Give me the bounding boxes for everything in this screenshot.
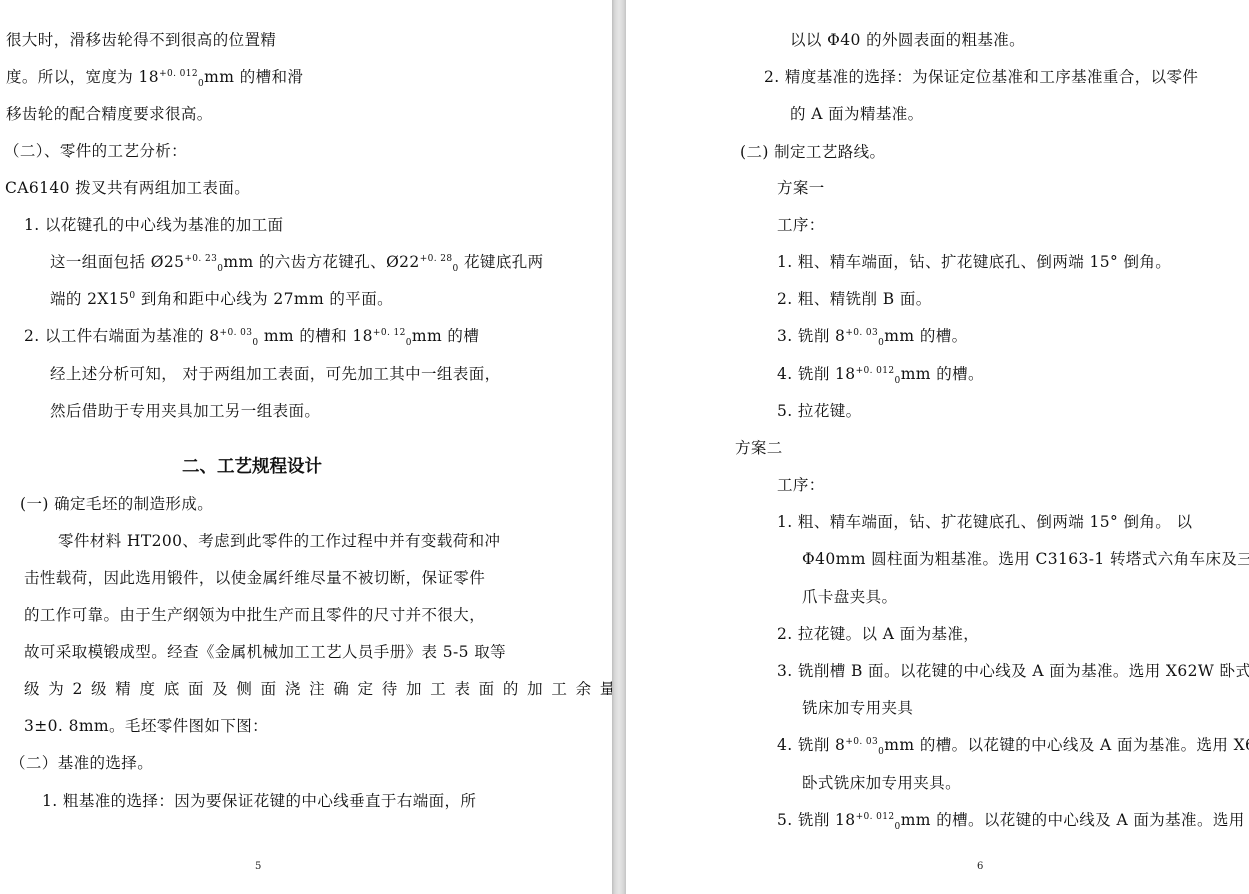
list-item: 3. 铣削 8+0. 030mm 的槽。 bbox=[777, 326, 968, 346]
process-label: 工序： bbox=[777, 475, 825, 495]
section-subheading: (一) 确定毛坯的制造形成。 bbox=[20, 494, 213, 514]
paragraph-line: 度。所以，宽度为 18+0. 0120mm 的槽和滑 bbox=[6, 67, 303, 87]
list-item: 1. 粗、精车端面，钻、扩花键底孔、倒两端 15° 倒角。 以 bbox=[777, 512, 1192, 532]
scheme-label: 方案二 bbox=[735, 438, 783, 458]
paragraph-line: 爪卡盘夹具。 bbox=[802, 587, 897, 607]
paragraph-line: 这一组面包括 Ø25+0. 230mm 的六齿方花键孔、Ø22+0. 280 花… bbox=[50, 252, 544, 272]
paragraph-line: 的工作可靠。由于生产纲领为中批生产而且零件的尺寸并不很大， bbox=[24, 605, 485, 625]
list-item: 2. 粗、精铣削 B 面。 bbox=[777, 289, 932, 309]
paragraph-line: 卧式铣床加专用夹具。 bbox=[802, 773, 961, 793]
paragraph-line: 移齿轮的配合精度要求很高。 bbox=[6, 104, 213, 124]
list-item: 4. 铣削 18+0. 0120mm 的槽。 bbox=[777, 364, 984, 384]
paragraph-line: 然后借助于专用夹具加工另一组表面。 bbox=[50, 401, 320, 421]
list-item: 2. 拉花键。以 A 面为基准， bbox=[777, 624, 979, 644]
paragraph-line: CA6140 拨叉共有两组加工表面。 bbox=[5, 178, 250, 198]
paragraph-line: Φ40mm 圆柱面为粗基准。选用 C3163-1 转塔式六角车床及三 bbox=[802, 549, 1249, 569]
page-number: 6 bbox=[977, 861, 983, 873]
section-subheading: （二）、零件的工艺分析： bbox=[4, 141, 187, 161]
paragraph-line: 经上述分析可知， 对于两组加工表面，可先加工其中一组表面， bbox=[50, 364, 501, 384]
scheme-label: 方案一 bbox=[777, 178, 825, 198]
list-item: 2. 精度基准的选择：为保证定位基准和工序基准重合，以零件 bbox=[764, 67, 1198, 87]
paragraph-line: 故可采取模锻成型。经查《金属机械加工工艺人员手册》表 5-5 取等 bbox=[24, 642, 506, 662]
list-item: 2. 以工件右端面为基准的 8+0. 030 mm 的槽和 18+0. 120m… bbox=[24, 326, 479, 346]
list-item: 1. 以花键孔的中心线为基准的加工面 bbox=[24, 215, 283, 235]
paragraph-line: 零件材料 HT200、考虑到此零件的工作过程中并有变载荷和冲 bbox=[58, 531, 500, 551]
list-item: 4. 铣削 8+0. 030mm 的槽。以花键的中心线及 A 面为基准。选用 X… bbox=[777, 735, 1249, 755]
page-gutter bbox=[612, 0, 626, 894]
chapter-heading: 二、工艺规程设计 bbox=[182, 456, 322, 478]
paragraph-line: 很大时，滑移齿轮得不到很高的位置精 bbox=[6, 30, 276, 50]
list-item: 5. 拉花键。 bbox=[777, 401, 862, 421]
paragraph-line: 铣床加专用夹具 bbox=[802, 698, 913, 718]
paragraph-line: 击性载荷，因此选用锻件，以使金属纤维尽量不被切断，保证零件 bbox=[24, 568, 485, 588]
page-number: 5 bbox=[255, 861, 261, 873]
list-item: 1. 粗基准的选择：因为要保证花键的中心线垂直于右端面，所 bbox=[42, 791, 476, 811]
section-subheading: （二）基准的选择。 bbox=[10, 753, 153, 773]
list-item: 3. 铣削槽 B 面。以花键的中心线及 A 面为基准。选用 X62W 卧式 bbox=[777, 661, 1249, 681]
paragraph-line: 的 A 面为精基准。 bbox=[790, 104, 924, 124]
process-label: 工序： bbox=[777, 215, 825, 235]
section-subheading: (二) 制定工艺路线。 bbox=[740, 142, 885, 162]
paragraph-line: 以以 Φ40 的外圆表面的粗基准。 bbox=[790, 30, 1025, 50]
paragraph-line: 端的 2X150 到角和距中心线为 27mm 的平面。 bbox=[50, 289, 393, 309]
paragraph-line: 级 为 2 级 精 度 底 面 及 侧 面 浇 注 确 定 待 加 工 表 面 … bbox=[24, 679, 612, 699]
document-page-5: 很大时，滑移齿轮得不到很高的位置精 度。所以，宽度为 18+0. 0120mm … bbox=[0, 0, 612, 894]
document-page-6: 以以 Φ40 的外圆表面的粗基准。 2. 精度基准的选择：为保证定位基准和工序基… bbox=[626, 0, 1249, 894]
list-item: 5. 铣削 18+0. 0120mm 的槽。以花键的中心线及 A 面为基准。选用 bbox=[777, 810, 1245, 830]
list-item: 1. 粗、精车端面，钻、扩花键底孔、倒两端 15° 倒角。 bbox=[777, 252, 1171, 272]
paragraph-line: 3±0. 8mm。毛坯零件图如下图： bbox=[24, 716, 268, 736]
